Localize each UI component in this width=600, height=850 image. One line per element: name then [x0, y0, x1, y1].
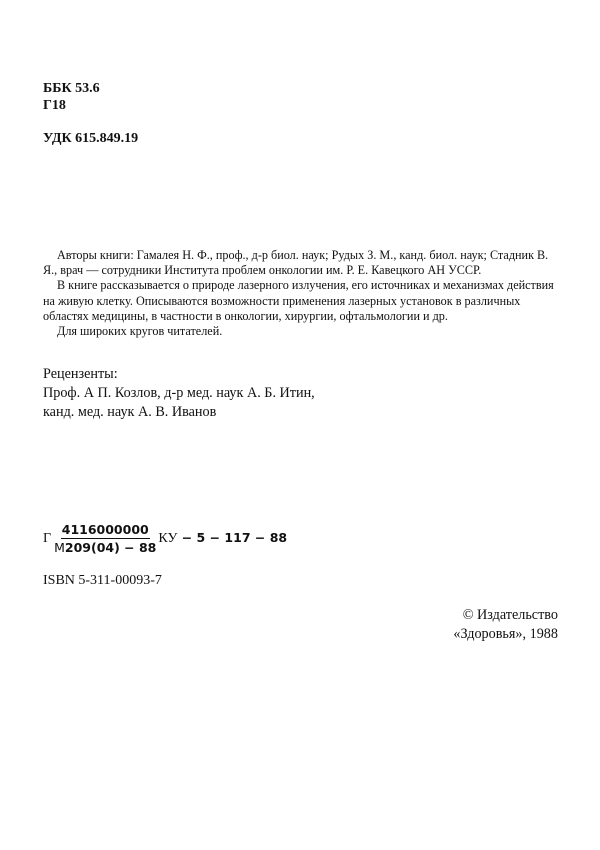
copyright-block: © Издательство «Здоровья», 1988 — [453, 606, 558, 644]
reviewers-label: Рецензенты: — [43, 365, 315, 384]
publication-code: Г 4116000000 М209(04) − 88 КУ − 5 − 117 … — [43, 522, 287, 555]
reviewers-line: канд. мед. наук А. В. Иванов — [43, 403, 315, 422]
code-suffix-numbers: − 5 − 117 − 88 — [177, 530, 287, 545]
code-suffix: КУ − 5 − 117 − 88 — [158, 530, 287, 547]
copyright-year: «Здоровья», 1988 — [453, 625, 558, 644]
annotation: Авторы книги: Гамалея Н. Ф., проф., д-р … — [43, 248, 563, 339]
classification-codes: ББК 53.6 Г18 — [43, 80, 100, 114]
authors-paragraph: Авторы книги: Гамалея Н. Ф., проф., д-р … — [43, 248, 563, 278]
udk-code: УДК 615.849.19 — [43, 131, 138, 147]
denominator-letter: М — [54, 540, 65, 555]
code-fraction: 4116000000 М209(04) − 88 — [54, 522, 156, 555]
summary-paragraph: В книге рассказывается о природе лазерно… — [43, 278, 563, 324]
copyright-publisher: © Издательство — [453, 606, 558, 625]
bbk-code: ББК 53.6 — [43, 80, 100, 97]
author-mark: Г18 — [43, 97, 100, 114]
ku-mark: КУ — [158, 531, 177, 546]
reviewers-block: Рецензенты: Проф. А П. Козлов, д-р мед. … — [43, 365, 315, 422]
code-numerator: 4116000000 — [61, 522, 150, 539]
code-denominator: М209(04) − 88 — [54, 539, 156, 555]
audience-paragraph: Для широких кругов читателей. — [43, 324, 563, 339]
denominator-rest: 209(04) − 88 — [65, 540, 157, 555]
isbn: ISBN 5-311-00093-7 — [43, 573, 162, 589]
reviewers-line: Проф. А П. Козлов, д-р мед. наук А. Б. И… — [43, 384, 315, 403]
code-prefix: Г — [43, 531, 51, 547]
